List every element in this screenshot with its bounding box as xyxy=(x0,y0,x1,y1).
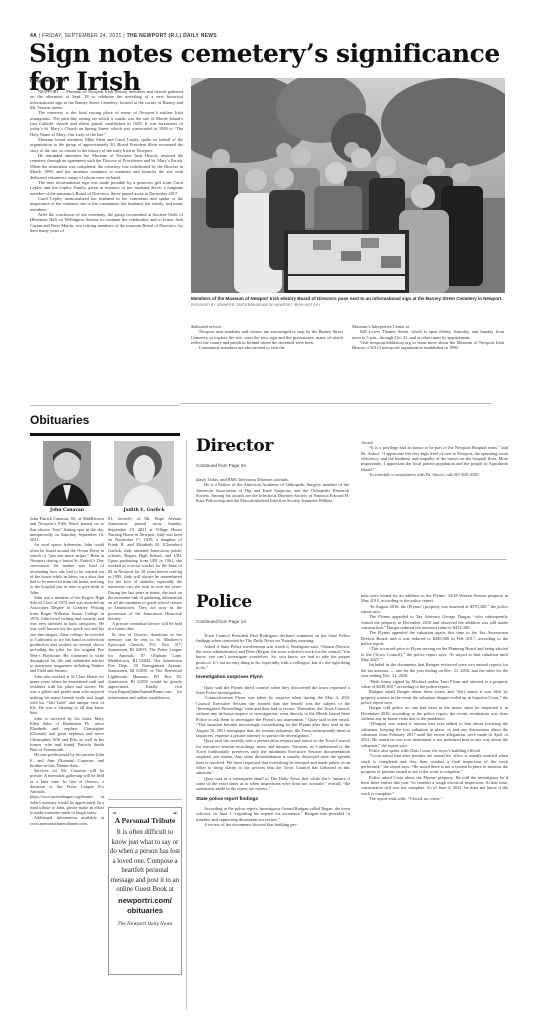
obituary-text-john-canavan: John Patrick Canavan, 65, of Middletown … xyxy=(30,516,104,826)
obituary-name: Judith E. Garlick xyxy=(104,508,184,513)
paragraph: He was predeceased by his parents John E… xyxy=(30,752,104,768)
paragraph: Carol Lepley memorialized her husband in… xyxy=(30,196,183,212)
caption-text: Members of the Museum of Newport Irish H… xyxy=(191,296,503,301)
paragraph: Police asked Costa about the Flynns’ pro… xyxy=(361,775,508,796)
paragraph: A review of the documents showed that bu… xyxy=(196,822,350,827)
section-divider xyxy=(30,405,180,406)
paragraph: The Flynns appealed the valuation again,… xyxy=(361,630,508,646)
obituary-text-judith-garlick: 81, formerly of Mt. Hope Avenue, Jamesto… xyxy=(108,516,182,700)
paragraph: mits were issued for an addition to the … xyxy=(361,593,508,604)
tribute-link-line-2[interactable]: obituaries xyxy=(109,906,181,916)
paragraph: Visit newportirishhistory.org to learn m… xyxy=(352,340,504,351)
tribute-divider xyxy=(108,799,182,800)
police-column-1: Town Council President Paul Rodrigues de… xyxy=(196,633,350,827)
paragraph: Museum board members Mike Slein and Caro… xyxy=(30,137,183,153)
byline: Daily News staff xyxy=(30,78,65,83)
paragraph: He is a Fellow of the American Academy o… xyxy=(196,482,349,503)
ornament-icon: ❧ xyxy=(112,810,117,817)
paragraph: After the conclusion of the ceremony, th… xyxy=(30,212,183,233)
paragraph: 81, formerly of Mt. Hope Avenue, Jamesto… xyxy=(108,516,182,621)
director-column-2: Award. “It is a privilege and an honor t… xyxy=(361,440,508,477)
paragraph: Quay said in a subsequent email to The D… xyxy=(196,776,350,792)
column-divider xyxy=(186,440,187,1010)
paragraph: John also worked at St Clare Home for ma… xyxy=(30,674,104,716)
paragraph: Newport area residents and visitors are … xyxy=(191,329,343,345)
paragraph: Services for Mr. Canavan will be private… xyxy=(30,768,104,815)
director-column-1: plasty Today, and BMC Infectious Disease… xyxy=(196,477,349,504)
paragraph: Community members are also invited to vi… xyxy=(191,345,343,350)
tribute-brand: The Newport Daily News xyxy=(109,922,181,927)
paragraph: Asked if State Police involvement was wo… xyxy=(196,644,350,671)
portrait-icon xyxy=(43,441,91,506)
subhead: State police report findings xyxy=(196,797,350,802)
lead-photo xyxy=(191,78,505,293)
director-headline: Director xyxy=(196,436,273,456)
paragraph: “In August 2016, the (Flynns’) property … xyxy=(361,604,508,615)
tribute-title: A Personal Tribute xyxy=(109,816,181,826)
paragraph: “It is a privilege and an honor to be pa… xyxy=(361,445,508,472)
paragraph: The report ends with: “Closed, no crime.… xyxy=(361,796,508,801)
paragraph: Quay said the Flynns hired counsel when … xyxy=(196,685,350,696)
paragraph: Quay said she recently sent a preservati… xyxy=(196,738,350,775)
paragraph: Town Council President Paul Rodrigues de… xyxy=(196,633,350,644)
photo-caption: Members of the Museum of Newport Irish H… xyxy=(191,296,511,308)
lead-story-column-2: dedicated service. Newport area resident… xyxy=(191,324,343,351)
paragraph: Ratigan asked Durgin about these forms a… xyxy=(361,689,508,705)
paragraph: “Both forms signed by Michael and/or Ter… xyxy=(361,679,508,690)
paragraph: The new informational sign was made poss… xyxy=(30,180,183,196)
ornament-icon: ☙ xyxy=(173,810,178,817)
paragraph: A private committal service will be held… xyxy=(108,621,182,632)
obituaries-section-title: Obituaries xyxy=(30,413,89,427)
paragraph: In lieu of flowers, donations in her mem… xyxy=(108,632,182,700)
lead-story-column-1: NEWPORT — Museum of Newport Irish Histor… xyxy=(30,89,183,233)
paragraph: Additional information available at www.… xyxy=(30,815,104,826)
paragraph: “Costa stated that after permits are iss… xyxy=(361,753,508,774)
personal-tribute-ad[interactable]: ❧ ☙ A Personal Tribute It is often diffi… xyxy=(108,807,182,975)
paragraph: He reminded attendees the Museum of Newp… xyxy=(30,153,183,180)
paragraph: An avid sports fisherman, John could oft… xyxy=(30,542,104,595)
paragraph: The Flynns appealed to Tax Assessor Geor… xyxy=(361,614,508,630)
obituary-photo-john-canavan xyxy=(43,441,91,506)
obituary-photo-judith-garlick xyxy=(114,441,174,506)
paragraph: 648 Lower Thames Street, which is open F… xyxy=(352,329,504,340)
lead-story-column-3: Museum’s Interpretive Center at 648 Lowe… xyxy=(352,324,504,351)
paragraph: Included in the documents that Ratigan r… xyxy=(361,662,508,678)
paragraph: “Councilwoman Flynn was taken by surpris… xyxy=(196,695,350,738)
paragraph: Durgin told police no one had been in th… xyxy=(361,705,508,721)
paragraph: John Patrick Canavan, 65, of Middletown … xyxy=(30,516,104,542)
paragraph: NEWPORT — Museum of Newport Irish Histor… xyxy=(30,89,183,110)
paragraph: “This occurred prior to Flynn serving on… xyxy=(361,646,508,662)
group-photo-illustration xyxy=(191,78,505,293)
section-divider xyxy=(180,403,492,404)
police-headline: Police xyxy=(196,592,252,612)
paragraph: According to the police report, Investig… xyxy=(196,806,350,822)
photo-credit: PROVIDED BY JENNIFER CARTER/MUSEUM OF NE… xyxy=(191,303,321,307)
portrait-icon xyxy=(114,441,174,506)
paragraph: The cemetery is the final resting place … xyxy=(30,110,183,137)
paragraph: John is survived by his sister, Mary Ell… xyxy=(30,716,104,753)
subhead: Investigation surprises Flynn xyxy=(196,675,350,680)
paragraph: John was a member of the Rogers High Sch… xyxy=(30,595,104,674)
police-column-2: mits were issued for an addition to the … xyxy=(361,593,508,801)
director-continued-label[interactable]: Continued from Page 3A xyxy=(196,463,246,468)
police-continued-label[interactable]: Continued from Page 1A xyxy=(196,619,246,624)
story-divider xyxy=(195,559,507,560)
paragraph: “(Durgin) was asked if anyone had ever t… xyxy=(361,721,508,748)
tribute-link-line-1[interactable]: newportri.com/ xyxy=(109,896,181,906)
tribute-body: It is often difficult to know just what … xyxy=(109,828,181,895)
obituaries-title-bar xyxy=(30,433,180,436)
paragraph: To schedule a consultation with Dr. Anto… xyxy=(361,472,508,477)
obituary-name: John Canavan xyxy=(27,508,107,513)
